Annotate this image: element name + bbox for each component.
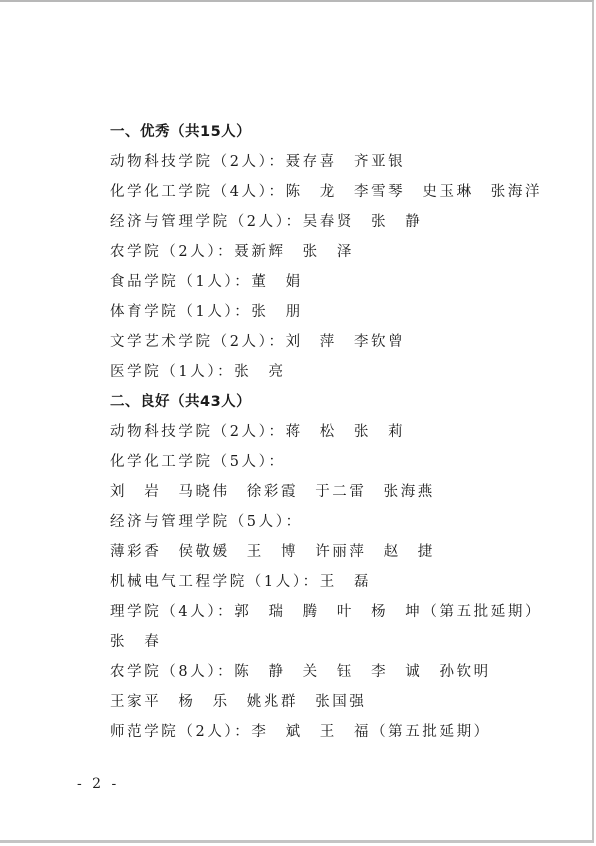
- list-item: 薄彩香 侯敬媛 王 博 许丽萍 赵 捷: [110, 537, 550, 567]
- list-item: 动物科技学院（2人）：聂存喜 齐亚银: [110, 147, 550, 177]
- college-label: 农学院（2人）：: [110, 244, 234, 260]
- section-heading-excellent: 一、优秀（共15人）: [110, 117, 550, 147]
- college-label: 化学化工学院（4人）：: [110, 184, 286, 200]
- list-item: 机械电气工程学院（1人）：王 磊: [110, 567, 550, 597]
- names: 陈 龙 李雪琴 史玉琳 张海洋: [286, 184, 543, 200]
- names: 董 娟: [251, 274, 302, 290]
- college-label: 理学院（4人）：: [110, 604, 234, 620]
- names: 刘 萍 李钦曾: [286, 334, 406, 350]
- list-item: 体育学院（1人）：张 朋: [110, 297, 550, 327]
- names: 聂新辉 张 泽: [234, 244, 354, 260]
- names: 郭 瑞 腾 叶 杨 坤（第五批延期）: [234, 604, 542, 620]
- document-body: 一、优秀（共15人） 动物科技学院（2人）：聂存喜 齐亚银 化学化工学院（4人）…: [110, 117, 550, 747]
- college-label: 农学院（8人）：: [110, 664, 234, 680]
- list-item: 刘 岩 马晓伟 徐彩霞 于二雷 张海燕: [110, 477, 550, 507]
- names: 张 春: [110, 634, 161, 650]
- names: 吴春贤 张 静: [303, 214, 423, 230]
- list-item: 文学艺术学院（2人）：刘 萍 李钦曾: [110, 327, 550, 357]
- list-item: 农学院（2人）：聂新辉 张 泽: [110, 237, 550, 267]
- college-label: 食品学院（1人）：: [110, 274, 251, 290]
- list-item: 理学院（4人）：郭 瑞 腾 叶 杨 坤（第五批延期）: [110, 597, 550, 627]
- names: 陈 静 关 钰 李 诚 孙钦明: [234, 664, 491, 680]
- names: 蒋 松 张 莉: [286, 424, 406, 440]
- names: 聂存喜 齐亚银: [286, 154, 406, 170]
- list-item: 经济与管理学院（2人）：吴春贤 张 静: [110, 207, 550, 237]
- names: 刘 岩 马晓伟 徐彩霞 于二雷 张海燕: [110, 484, 435, 500]
- page-number: - 2 -: [77, 776, 119, 792]
- list-item: 张 春: [110, 627, 550, 657]
- section-heading-good: 二、良好（共43人）: [110, 387, 550, 417]
- names: 李 斌 王 福（第五批延期）: [251, 724, 490, 740]
- college-label: 师范学院（2人）：: [110, 724, 251, 740]
- college-label: 机械电气工程学院（1人）：: [110, 574, 320, 590]
- names: 薄彩香 侯敬媛 王 博 许丽萍 赵 捷: [110, 544, 435, 560]
- college-label: 文学艺术学院（2人）：: [110, 334, 286, 350]
- list-item: 师范学院（2人）：李 斌 王 福（第五批延期）: [110, 717, 550, 747]
- list-item: 经济与管理学院（5人）：: [110, 507, 550, 537]
- names: 王 磊: [320, 574, 371, 590]
- list-item: 化学化工学院（5人）：: [110, 447, 550, 477]
- names: 张 朋: [251, 304, 302, 320]
- list-item: 食品学院（1人）：董 娟: [110, 267, 550, 297]
- college-label: 经济与管理学院（2人）：: [110, 214, 303, 230]
- college-label: 经济与管理学院（5人）：: [110, 514, 303, 530]
- college-label: 动物科技学院（2人）：: [110, 424, 286, 440]
- names: 张 亮: [234, 364, 285, 380]
- document-page: 一、优秀（共15人） 动物科技学院（2人）：聂存喜 齐亚银 化学化工学院（4人）…: [0, 0, 594, 843]
- names: 王家平 杨 乐 姚兆群 张国强: [110, 694, 367, 710]
- list-item: 医学院（1人）：张 亮: [110, 357, 550, 387]
- college-label: 医学院（1人）：: [110, 364, 234, 380]
- list-item: 王家平 杨 乐 姚兆群 张国强: [110, 687, 550, 717]
- list-item: 动物科技学院（2人）：蒋 松 张 莉: [110, 417, 550, 447]
- list-item: 农学院（8人）：陈 静 关 钰 李 诚 孙钦明: [110, 657, 550, 687]
- college-label: 化学化工学院（5人）：: [110, 454, 286, 470]
- list-item: 化学化工学院（4人）：陈 龙 李雪琴 史玉琳 张海洋: [110, 177, 550, 207]
- college-label: 动物科技学院（2人）：: [110, 154, 286, 170]
- college-label: 体育学院（1人）：: [110, 304, 251, 320]
